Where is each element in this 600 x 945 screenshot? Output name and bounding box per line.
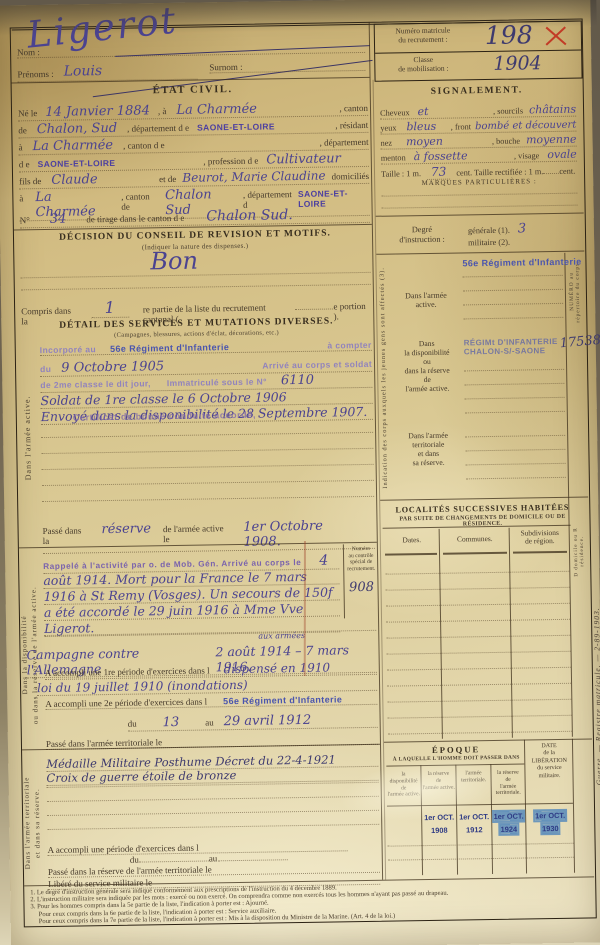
- red-x-mark: [543, 24, 567, 48]
- control-number-label: Numéroau contrôle spécial derecrutement.: [344, 544, 378, 573]
- corps-row2-label: Dansla disponibilité oudans la réserve d…: [396, 339, 459, 394]
- repertoire-strip-label: NUMÉRO au répertoire du corps.: [568, 257, 581, 327]
- repertoire-number: 17538: [559, 333, 600, 351]
- epoque-col3-header: l'arméeterritoriale.: [456, 770, 490, 784]
- matricule-box-divider: [375, 50, 581, 54]
- surnom-label: Surnom :: [209, 62, 242, 73]
- control-number-box: Numéroau contrôle spécial derecrutement.…: [343, 544, 379, 619]
- control-number-value: 908: [344, 580, 378, 596]
- epoque-value-reserve-terr: 1er OCT.1924: [492, 810, 525, 837]
- classe-value: 1904: [493, 52, 542, 75]
- corps-row1-label: Dans l'armée active.: [395, 291, 457, 310]
- localites-col-dates: Dates.: [385, 535, 439, 545]
- regiment-stamp: 56e Régiment d'Infanterie: [223, 694, 342, 706]
- dept-stamp: SAONE-ET-LOIRE: [197, 121, 275, 132]
- epoque-col4-header: la réservede l'arméeterritoriale.: [491, 770, 524, 798]
- corps-row3-label: Dans l'arméeterritoriale et danssa réser…: [397, 431, 460, 468]
- matricule-label: Numéro matriculedu recrutement :: [377, 26, 469, 44]
- matricule-box: Numéro matriculedu recrutement : 198 Cla…: [374, 21, 583, 82]
- register-sheet: Nom : Ligerot Prénoms : Louis Surnom : N…: [0, 0, 600, 945]
- firstname-value: Louis: [64, 63, 103, 80]
- epoque-col2-header: la réservedel'armée active.: [421, 771, 455, 792]
- localites-col-subdiv: Subdivisionsde région.: [511, 529, 569, 547]
- epoque-value-reserve-active: 1er OCT.1908: [422, 811, 456, 838]
- regiment-stamp: 56e Régiment d'Infanterie: [462, 257, 581, 269]
- instruction-generale: générale (1). 3: [468, 221, 578, 238]
- prenoms-label: Prénoms :: [17, 69, 53, 80]
- dept-stamp: SAONE-ET-LOIRE: [38, 158, 116, 169]
- register-photo: Nom : Ligerot Prénoms : Louis Surnom : N…: [0, 0, 600, 945]
- localites-strip-label: D domicile ou R résidence.: [572, 517, 585, 587]
- epoque-value-territoriale: 1er OCT.1912: [457, 810, 491, 837]
- campagne-superscript: aux armées: [258, 631, 305, 641]
- matricule-number: 198: [485, 20, 533, 50]
- regiment-stamp: 56e Régiment d'Infanterie: [110, 342, 229, 354]
- localites-col-communes: Communes.: [441, 534, 509, 544]
- revision-decision: Bon: [150, 247, 198, 276]
- reserve-transfer-row: Passé dans la réserve de l'armée active …: [42, 518, 374, 554]
- classe-label: Classede mobilisation :: [377, 55, 469, 73]
- instruction-label: Degréd'instruction :: [392, 225, 452, 246]
- instruction-militaire: militaire (2).: [468, 237, 578, 248]
- regiment-chalon-stamp: RÉGIMt D'INFANTERIE CHALON-S/-SAONE: [464, 337, 574, 357]
- epoque-value-liberation: 1er OCT.1930: [529, 809, 571, 836]
- epoque-col1-header: ladisponibilité del'armée active.: [386, 771, 420, 799]
- epoque-date-col-header: DATEde la LIBÉRATIONdu service militaire…: [526, 743, 573, 781]
